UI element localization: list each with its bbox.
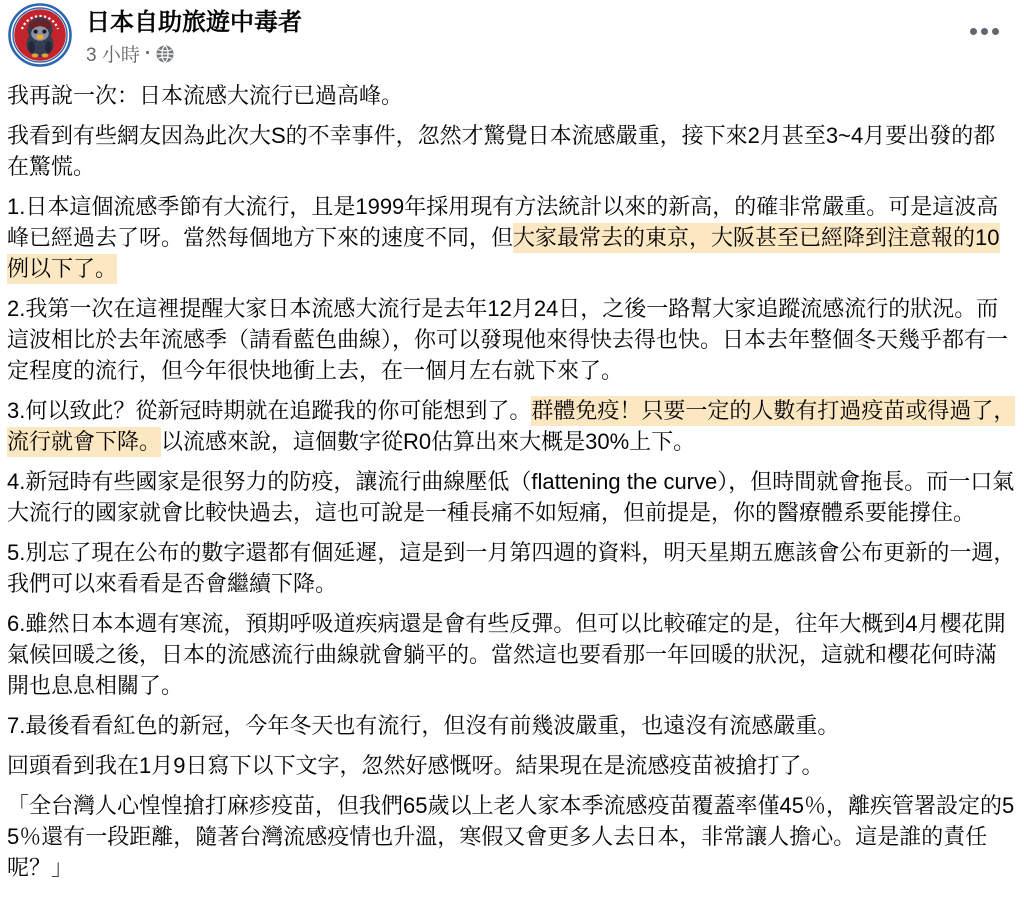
post-subtitle-row: 3 小時 · [86, 40, 302, 67]
post-timestamp[interactable]: 3 小時 [86, 40, 140, 67]
highlighted-text: 群體免疫！只要一定的人數有打過疫苗或得過了，流行就會下降。 [7, 396, 1015, 457]
post-paragraph: 7.最後看看紅色的新冠，今年冬天也有流行，但沒有前幾波嚴重，也遠沒有流感嚴重。 [7, 710, 1017, 741]
post-paragraph: 4.新冠時有些國家是很努力的防疫，讓流行曲線壓低（flattening the … [7, 466, 1017, 528]
post-paragraph: 2.我第一次在這裡提醒大家日本流感大流行是去年12月24日，之後一路幫大家追蹤流… [7, 293, 1017, 386]
post-paragraph: 我再說一次：日本流感大流行已過高峰。 [7, 80, 1017, 111]
post-paragraph: 3.何以致此？從新冠時期就在追蹤我的你可能想到了。群體免疫！只要一定的人數有打過… [7, 395, 1017, 457]
post-paragraph: 回頭看到我在1月9日寫下以下文字，忽然好感慨呀。結果現在是流感疫苗被搶打了。 [7, 750, 1017, 781]
ellipsis-more-icon [970, 28, 977, 35]
facebook-post: 日本自助旅遊中毒者 3 小時 · 我再說一次：日本流感大流行已過高峰。我看到有些… [0, 0, 1024, 883]
page-avatar[interactable] [8, 3, 72, 67]
post-body: 我再說一次：日本流感大流行已過高峰。我看到有些網友因為此次大S的不幸事件，忽然才… [7, 80, 1017, 883]
globe-public-icon [156, 45, 174, 63]
post-paragraph: 「全台灣人心惶惶搶打麻疹疫苗，但我們65歲以上老人家本季流感疫苗覆蓋率僅45％，… [7, 790, 1017, 883]
highlighted-text: 大家最常去的東京，大阪甚至已經降到注意報的10例以下了。 [7, 223, 1000, 284]
page-name[interactable]: 日本自助旅遊中毒者 [86, 10, 302, 36]
post-header: 日本自助旅遊中毒者 3 小時 · [7, 0, 1017, 69]
more-options-button[interactable] [966, 24, 1003, 39]
post-paragraph: 我看到有些網友因為此次大S的不幸事件，忽然才驚覺日本流感嚴重，接下來2月甚至3~… [7, 120, 1017, 182]
post-paragraph: 1.日本這個流感季節有大流行，且是1999年採用現有方法統計以來的新高，的確非常… [7, 191, 1017, 284]
penguin-badge-logo-icon [8, 54, 72, 71]
post-paragraph: 6.雖然日本本週有寒流，預期呼吸道疾病還是會有些反彈。但可以比較確定的是，往年大… [7, 608, 1017, 701]
post-paragraph: 5.別忘了現在公布的數字還都有個延遲，這是到一月第四週的資料，明天星期五應該會公… [7, 537, 1017, 599]
header-meta: 日本自助旅遊中毒者 3 小時 · [86, 3, 302, 67]
dot-separator: · [145, 43, 151, 65]
